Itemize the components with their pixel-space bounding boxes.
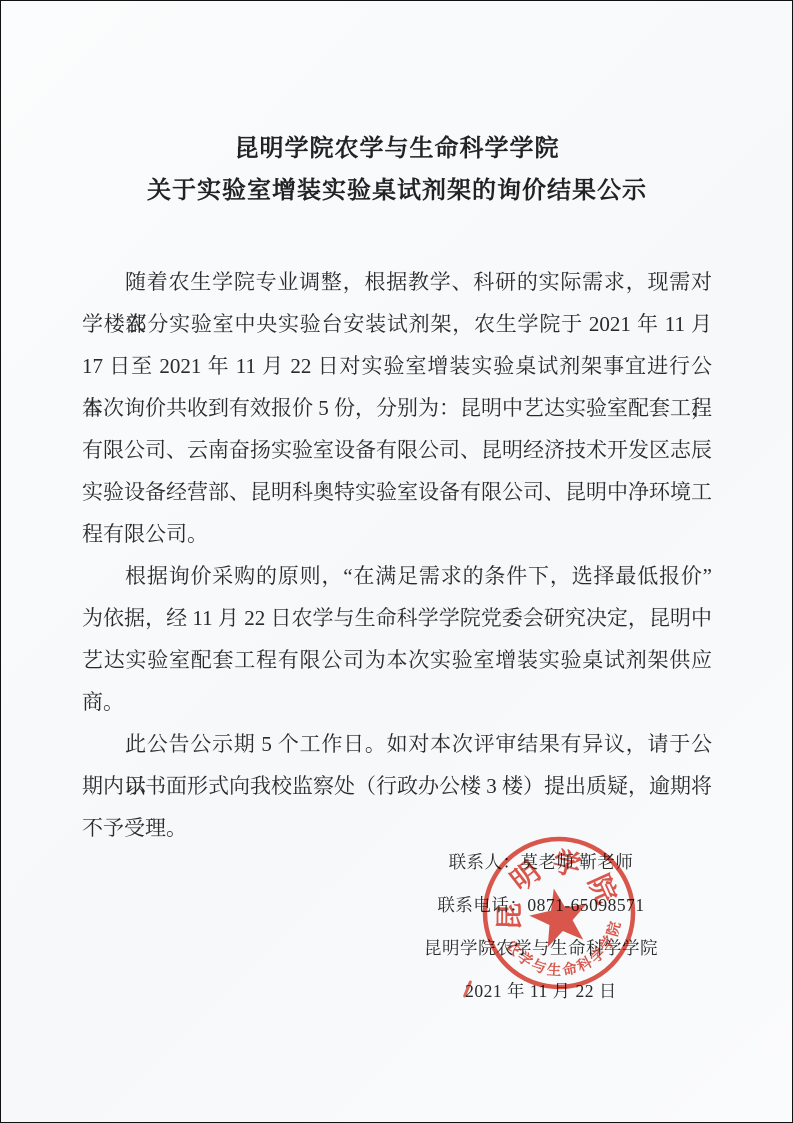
paragraph2-line: 根据询价采购的原则，“在满足需求的条件下，选择最低报价” [82,555,712,597]
paragraph1-line: 程有限公司。 [82,513,712,555]
paragraph2-line: 艺达实验室配套工程有限公司为本次实验室增装实验桌试剂架供应 [82,639,712,681]
paragraph1-line: 学楼部分实验室中央实验台安装试剂架，农生学院于 2021 年 11 月 [82,303,712,345]
paragraph2-line: 商。 [82,681,712,723]
paragraph3-line: 此公告公示期 5 个工作日。如对本次评审结果有异议，请于公示 [82,723,712,765]
paragraph1-line: 随着农生学院专业调整，根据教学、科研的实际需求，现需对农 [82,261,712,303]
issuing-org-line: 昆明学院农学与生命科学学院 [413,927,669,970]
contact-person-line: 联系人：莫老师 靳老师 [413,841,669,884]
paragraph1-line: 本次询价共收到有效报价 5 份，分别为：昆明中艺达实验室配套工程 [82,387,712,429]
scanned-notice-page: 昆明学院农学与生命科学学院 关于实验室增装实验桌试剂架的询价结果公示 随着农生学… [0,0,793,1123]
document-title-line1: 昆明学院农学与生命科学学院 [81,133,713,165]
paragraph3-line: 期内以书面形式向我校监察处（行政办公楼 3 楼）提出质疑，逾期将 [82,765,712,807]
paragraph1-line: 实验设备经营部、昆明科奥特实验室设备有限公司、昆明中净环境工 [82,471,712,513]
signature-block: 联系人：莫老师 靳老师 联系电话：0871-65098571 昆明学院农学与生命… [413,841,669,1013]
paragraph1-line: 有限公司、云南奋扬实验室设备有限公司、昆明经济技术开发区志辰 [82,429,712,471]
issue-date-line: 2021 年 11 月 22 日 [413,970,669,1013]
paragraph2-line: 为依据，经 11 月 22 日农学与生命科学学院党委会研究决定，昆明中 [82,597,712,639]
notice-body: 随着农生学院专业调整，根据教学、科研的实际需求，现需对农 学楼部分实验室中央实验… [82,261,712,849]
paragraph1-line: 17 日至 2021 年 11 月 22 日对实验室增装实验桌试剂架事宜进行公告… [82,345,712,387]
document-title-line2: 关于实验室增装实验桌试剂架的询价结果公示 [81,175,713,207]
contact-phone-line: 联系电话：0871-65098571 [413,884,669,927]
